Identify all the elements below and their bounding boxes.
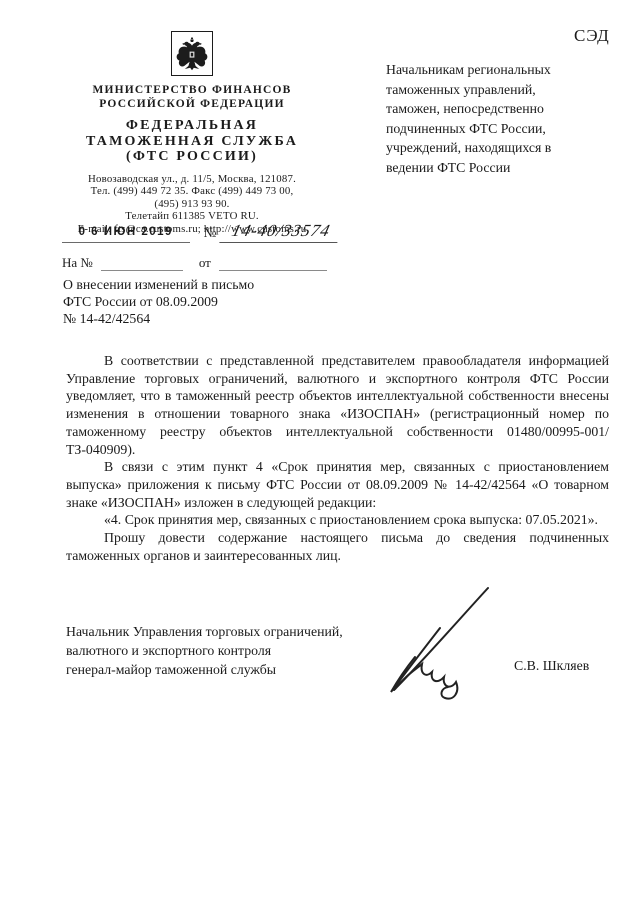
address-line: Новозаводская ул., д. 11/5, Москва, 1210… (58, 173, 326, 186)
addressee-line: ведении ФТС России (386, 158, 600, 178)
reply-date-blank (219, 257, 327, 271)
ministry-name: МИНИСТЕРСТВО ФИНАНСОВ РОССИЙСКОЙ ФЕДЕРАЦ… (58, 84, 326, 111)
coat-of-arms-icon (171, 31, 213, 76)
letterhead: МИНИСТЕРСТВО ФИНАНСОВ РОССИЙСКОЙ ФЕДЕРАЦ… (58, 31, 326, 235)
ministry-line1: МИНИСТЕРСТВО ФИНАНСОВ (58, 84, 326, 98)
addressee-line: таможенных управлений, (386, 80, 600, 100)
ministry-line2: РОССИЙСКОЙ ФЕДЕРАЦИИ (58, 98, 326, 112)
agency-name: ФЕДЕРАЛЬНАЯ ТАМОЖЕННАЯ СЛУЖБА (ФТС РОССИ… (58, 118, 326, 165)
reply-reference-row: На № от (62, 255, 340, 271)
phone-line2: (495) 913 93 90. (58, 198, 326, 211)
signatory-position-line: валютного и экспортного контроля (66, 641, 396, 660)
subject-line: О внесении изменений в письмо (63, 277, 363, 294)
addressee-line: учреждений, находящихся в (386, 138, 600, 158)
addressee-line: Начальникам региональных (386, 60, 600, 80)
phone-line: Тел. (499) 449 72 35. Факс (499) 449 73 … (58, 185, 326, 198)
from-label: от (199, 255, 211, 271)
subject-block: О внесении изменений в письмо ФТС России… (63, 277, 363, 327)
signatory-position-line: генерал-майор таможенной службы (66, 660, 396, 679)
subject-line: № 14-42/42564 (63, 311, 363, 328)
agency-line1: ФЕДЕРАЛЬНАЯ (58, 118, 326, 134)
outgoing-number-handwritten: 14-40/33574 (220, 221, 343, 243)
date-number-row: 0 6 ИЮН 2019 № 14-40/33574 (62, 221, 340, 243)
body-paragraph-1: В соответствии с представленной представ… (66, 352, 609, 458)
addressee-line: подчиненных ФТС России, (386, 119, 600, 139)
date-stamp: 0 6 ИЮН 2019 (62, 226, 190, 243)
signatory-name: С.В. Шкляев (514, 658, 589, 674)
body-paragraph-2: В связи с этим пункт 4 «Срок принятия ме… (66, 458, 609, 511)
reply-to-label: На № (62, 255, 93, 271)
addressee-block: Начальникам региональных таможенных упра… (386, 60, 600, 178)
handwritten-signature (382, 584, 504, 702)
reply-number-blank (101, 257, 183, 271)
signatory-position-line: Начальник Управления торговых ограничени… (66, 622, 396, 641)
number-sign: № (204, 225, 217, 241)
subject-line: ФТС России от 08.09.2009 (63, 294, 363, 311)
body-paragraph-3: «4. Срок принятия мер, связанных с приос… (66, 511, 609, 529)
letter-body: В соответствии с представленной представ… (66, 352, 609, 564)
agency-line3: (ФТС РОССИИ) (58, 149, 326, 165)
sed-label: СЭД (574, 26, 610, 46)
scanned-letter-page: СЭД МИНИСТЕРСТВО ФИНАНСОВ РОССИЙСКО (0, 0, 640, 905)
body-paragraph-4: Прошу довести содержание настоящего пись… (66, 529, 609, 564)
addressee-line: таможен, непосредственно (386, 99, 600, 119)
reference-block: 0 6 ИЮН 2019 № 14-40/33574 На № от (62, 221, 340, 271)
agency-line2: ТАМОЖЕННАЯ СЛУЖБА (58, 134, 326, 150)
signatory-position-block: Начальник Управления торговых ограничени… (66, 622, 396, 680)
